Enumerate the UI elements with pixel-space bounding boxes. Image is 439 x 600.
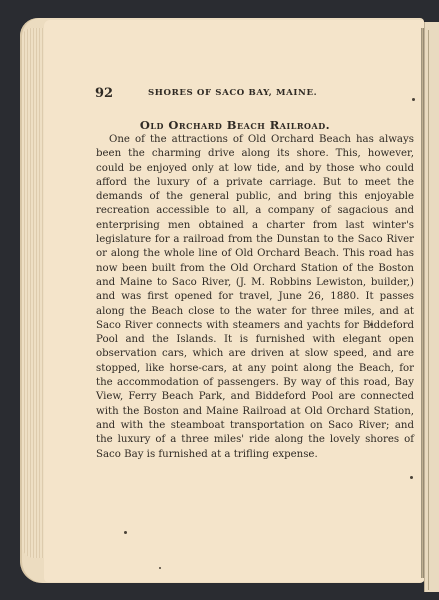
binding-gutter xyxy=(421,28,424,578)
paper-speck xyxy=(370,323,373,326)
section-title: Old Orchard Beach Railroad. xyxy=(80,118,390,132)
page-header: 92 SHORES OF SACO BAY, MAINE. xyxy=(95,86,415,102)
facing-page-edge xyxy=(424,22,439,592)
page-edges xyxy=(22,28,44,558)
facing-page-line xyxy=(428,30,429,590)
paper-speck xyxy=(412,98,415,101)
running-head: SHORES OF SACO BAY, MAINE. xyxy=(148,88,317,98)
page-number: 92 xyxy=(95,86,113,101)
paper-speck xyxy=(159,567,161,569)
paper-speck xyxy=(410,476,413,479)
paper-speck xyxy=(124,531,127,534)
paragraph: One of the attractions of Old Orchard Be… xyxy=(96,133,414,462)
body-text: One of the attractions of Old Orchard Be… xyxy=(96,133,414,462)
